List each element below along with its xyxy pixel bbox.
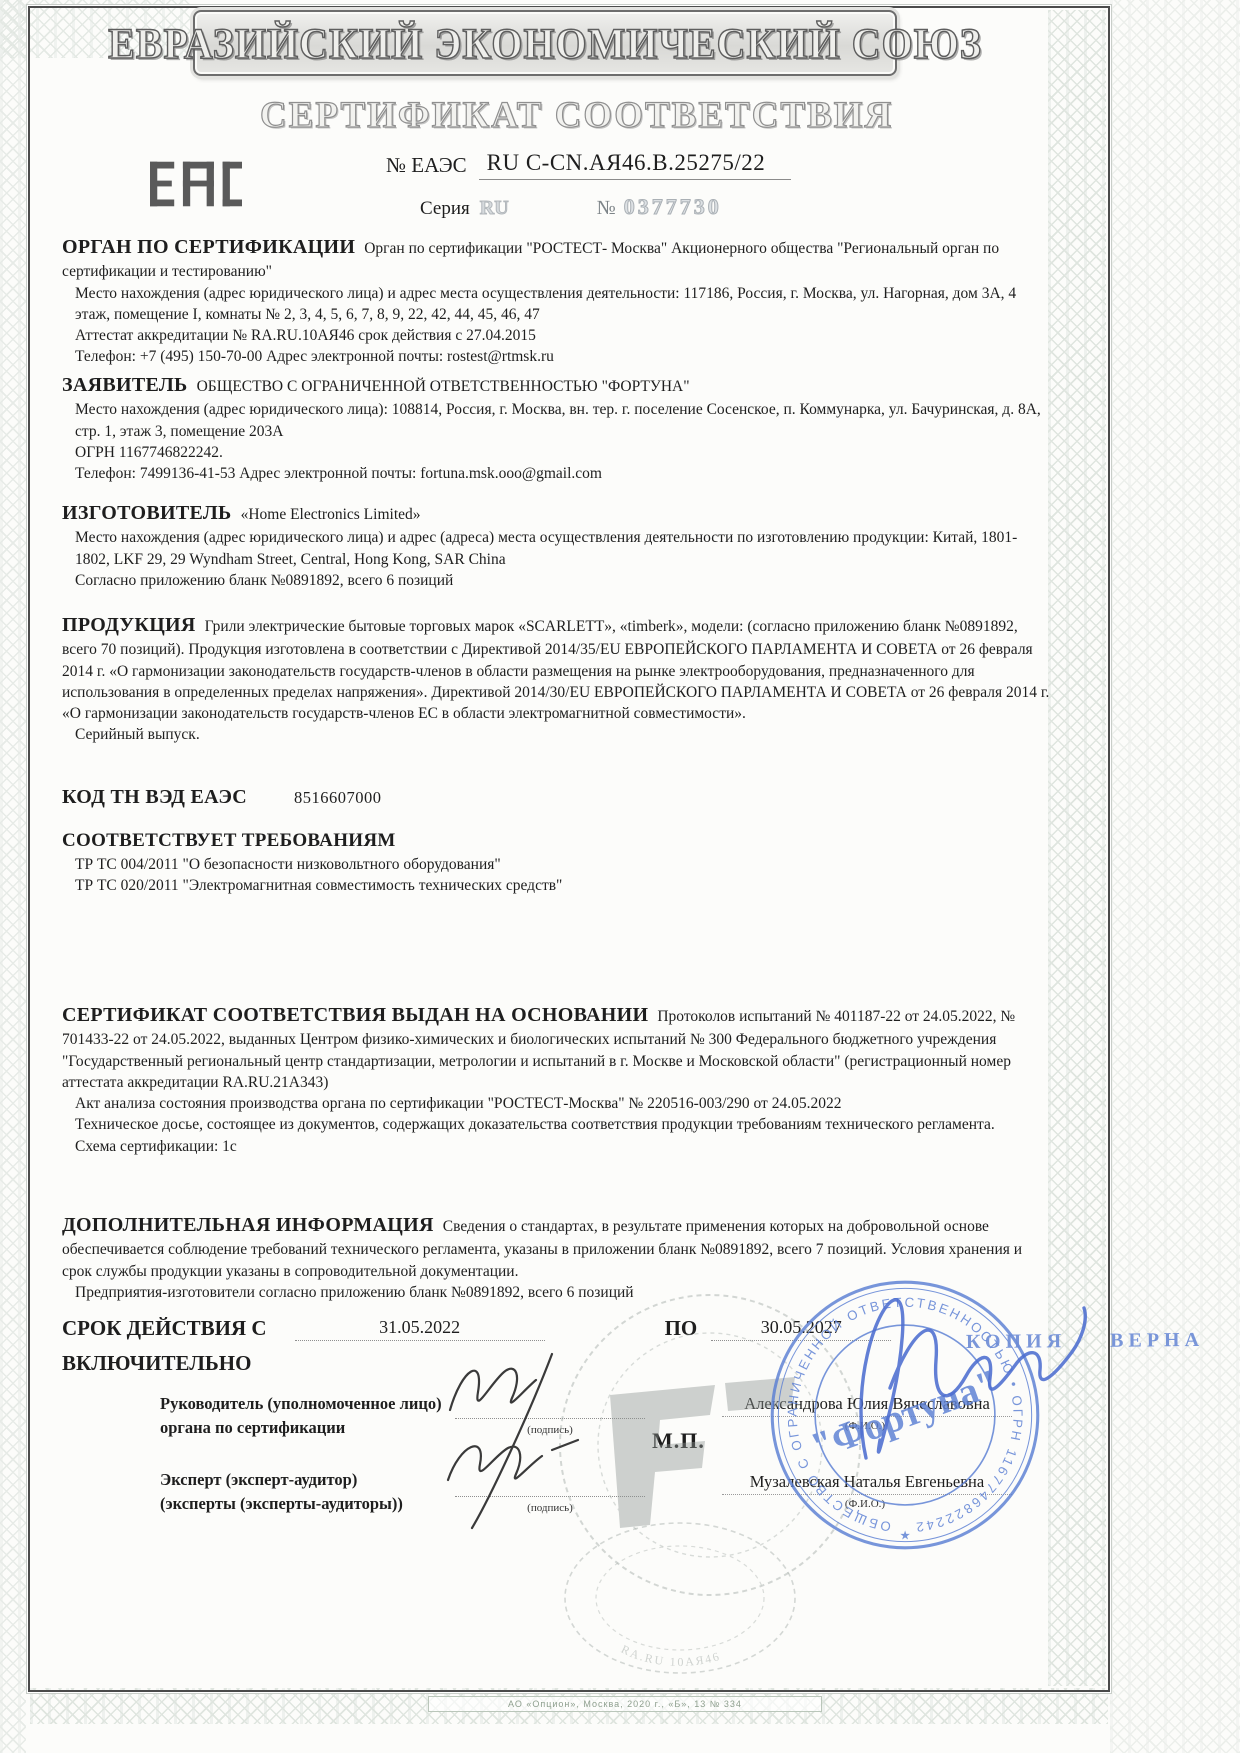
section-line: Согласно приложению бланк №0891892, всег… (62, 570, 1050, 591)
certificate-title: СЕРТИФИКАТ СООТВЕТСТВИЯ (260, 94, 860, 137)
certificate-number-row: № ЕАЭС RU C-CN.АЯ46.В.25275/22 (386, 150, 791, 180)
head-fio-label: (Ф.И.О.) (800, 1420, 930, 1432)
section-label: КОД ТН ВЭД ЕАЭС (62, 786, 247, 808)
section-line: Телефон: 7499136-41-53 Адрес электронной… (62, 463, 1050, 484)
footer-imprint: АО «Опцион», Москва, 2020 г., «Б», 13 № … (428, 1696, 822, 1712)
section-line: Место нахождения (адрес юридического лиц… (62, 283, 1050, 325)
section-line: Серийный выпуск. (62, 724, 1050, 745)
section-line: Техническое досье, состоящее из документ… (62, 1114, 1050, 1135)
validity-period: СРОК ДЕЙСТВИЯ С 31.05.2022 ПО 30.05.2027… (62, 1316, 1050, 1376)
expert-podpis-label: (подпись) (490, 1502, 610, 1514)
section-label: ЗАЯВИТЕЛЬ (62, 374, 188, 396)
eac-logo-icon (150, 140, 242, 228)
section-line: Место нахождения (адрес юридического лиц… (62, 527, 1050, 569)
expert-fio-label: (Ф.И.О.) (800, 1498, 930, 1510)
union-title: ЕВРАЗИЙСКИЙ ЭКОНОМИЧЕСКИЙ СОЮЗ (108, 18, 982, 69)
section-products: ПРОДУКЦИЯГрили электрические бытовые тор… (62, 612, 1050, 746)
section-additional-info: ДОПОЛНИТЕЛЬНАЯ ИНФОРМАЦИЯСведения о стан… (62, 1212, 1050, 1303)
head-signature-line (455, 1418, 645, 1419)
copy-valid-stamp: КОПИЯ ВЕРНА (966, 1329, 1204, 1354)
expert-role-line1: Эксперт (эксперт-аудитор) (160, 1468, 403, 1492)
tnved-code-value: 8516607000 (294, 788, 382, 807)
section-label: ПРОДУКЦИЯ (62, 614, 196, 636)
expert-name: Музалевская Наталья Евгеньевна (722, 1472, 1012, 1495)
certificate-number-value: RU C-CN.АЯ46.В.25275/22 (479, 150, 792, 180)
section-line: Аттестат аккредитации № RA.RU.10АЯ46 сро… (62, 325, 1050, 346)
head-role-label: Руководитель (уполномоченное лицо) орган… (160, 1392, 460, 1440)
section-body: Грили электрические бытовые торговых мар… (62, 618, 1049, 722)
expert-role-line2: (эксперты (эксперты-аудиторы)) (160, 1492, 403, 1516)
section-line: Акт анализа состояния производства орган… (62, 1093, 1050, 1114)
section-label: ИЗГОТОВИТЕЛЬ (62, 502, 232, 524)
section-line: ТР ТС 020/2011 "Электромагнитная совмест… (62, 875, 1050, 896)
mp-label: М.П. (652, 1428, 705, 1454)
blank-number-value: 0377730 (624, 194, 722, 220)
series-row: Серия RU № 0377730 (420, 194, 722, 220)
series-value: RU (480, 197, 509, 220)
section-line: ОГРН 1167746822242. (62, 442, 1050, 463)
section-requirements: СООТВЕТСТВУЕТ ТРЕБОВАНИЯМ ТР ТС 004/2011… (62, 828, 1050, 896)
section-line: Место нахождения (адрес юридического лиц… (62, 399, 1050, 441)
section-label: СЕРТИФИКАТ СООТВЕТСТВИЯ ВЫДАН НА ОСНОВАН… (62, 1004, 648, 1026)
validity-from-date: 31.05.2022 (295, 1317, 545, 1341)
section-tnved-code: КОД ТН ВЭД ЕАЭС8516607000 (62, 784, 1050, 811)
section-label: ОРГАН ПО СЕРТИФИКАЦИИ (62, 236, 355, 258)
section-applicant: ЗАЯВИТЕЛЬОБЩЕСТВО С ОГРАНИЧЕННОЙ ОТВЕТСТ… (62, 372, 1050, 484)
validity-inclusive-label: ВКЛЮЧИТЕЛЬНО (62, 1351, 1050, 1376)
section-line: Схема сертификации: 1с (62, 1136, 1050, 1157)
validity-from-label: СРОК ДЕЙСТВИЯ С (62, 1316, 267, 1341)
section-label: ДОПОЛНИТЕЛЬНАЯ ИНФОРМАЦИЯ (62, 1214, 434, 1236)
section-manufacturer: ИЗГОТОВИТЕЛЬ«Home Electronics Limited» М… (62, 500, 1050, 591)
validity-to-label: ПО (665, 1316, 698, 1341)
certificate-number-label: № ЕАЭС (386, 153, 467, 180)
section-issued-basis: СЕРТИФИКАТ СООТВЕТСТВИЯ ВЫДАН НА ОСНОВАН… (62, 1002, 1050, 1157)
certificate-page: ЕВРАЗИЙСКИЙ ЭКОНОМИЧЕСКИЙ СОЮЗ СЕРТИФИКА… (0, 0, 1240, 1753)
head-podpis-label: (подпись) (490, 1424, 610, 1436)
section-certification-body: ОРГАН ПО СЕРТИФИКАЦИИОрган по сертификац… (62, 234, 1050, 368)
expert-signature-line (455, 1496, 645, 1497)
section-intro: «Home Electronics Limited» (241, 506, 421, 523)
blank-number-label: № (597, 197, 616, 220)
section-intro: ОБЩЕСТВО С ОГРАНИЧЕННОЙ ОТВЕТСТВЕННОСТЬЮ… (197, 378, 690, 395)
guilloche-margin-right (1110, 0, 1240, 1753)
section-line: ТР ТС 004/2011 "О безопасности низковоль… (62, 854, 1050, 875)
series-label: Серия (420, 198, 470, 220)
section-line: Предприятия-изготовители согласно прилож… (62, 1282, 1050, 1303)
eaeu-header-plaque: ЕВРАЗИЙСКИЙ ЭКОНОМИЧЕСКИЙ СОЮЗ (193, 10, 897, 76)
section-label: СООТВЕТСТВУЕТ ТРЕБОВАНИЯМ (62, 830, 396, 851)
guilloche-border-left (0, 0, 26, 1753)
section-line: Телефон: +7 (495) 150-70-00 Адрес электр… (62, 346, 1050, 367)
validity-to-date: 30.05.2027 (711, 1317, 891, 1341)
expert-role-label: Эксперт (эксперт-аудитор) (эксперты (экс… (160, 1468, 403, 1516)
head-name: Александрова Юлия Вячеславовна (722, 1394, 1012, 1417)
